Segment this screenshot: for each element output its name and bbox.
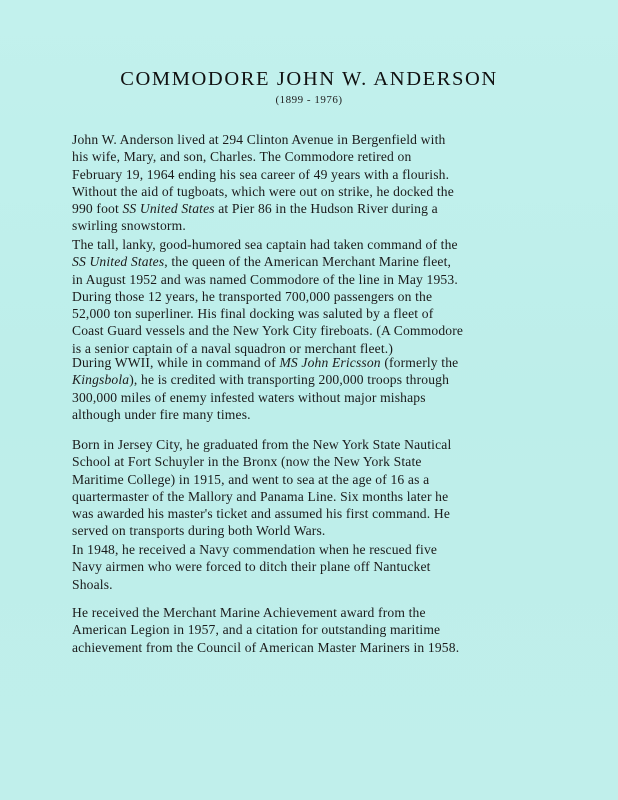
text-run: although under fire many times. [72, 407, 251, 422]
text-run: 300,000 miles of enemy infested waters w… [72, 390, 426, 405]
text-run: Maritime College) in 1915, and went to s… [72, 472, 429, 487]
text-run: in August 1952 and was named Commodore o… [72, 272, 458, 287]
text-run: American Legion in 1957, and a citation … [72, 622, 440, 637]
document-page: COMMODORE JOHN W. ANDERSON (1899 - 1976)… [0, 0, 618, 800]
text-line: In 1948, he received a Navy commendation… [72, 541, 562, 558]
text-line: John W. Anderson lived at 294 Clinton Av… [72, 131, 562, 148]
text-run: at Pier 86 in the Hudson River during a [215, 201, 438, 216]
paragraph-residence-retirement: John W. Anderson lived at 294 Clinton Av… [72, 131, 562, 235]
text-line: 52,000 ton superliner. His final docking… [72, 305, 562, 322]
text-line: The tall, lanky, good-humored sea captai… [72, 236, 562, 253]
text-run: In 1948, he received a Navy commendation… [72, 542, 437, 557]
text-line: swirling snowstorm. [72, 217, 562, 234]
text-line: During those 12 years, he transported 70… [72, 288, 562, 305]
text-run: He received the Merchant Marine Achievem… [72, 605, 426, 620]
text-run: The tall, lanky, good-humored sea captai… [72, 237, 458, 252]
italic-ship-name: SS United States [72, 254, 164, 269]
text-line: During WWII, while in command of MS John… [72, 354, 562, 371]
text-run: , the queen of the American Merchant Mar… [164, 254, 451, 269]
text-run: swirling snowstorm. [72, 218, 186, 233]
text-line: served on transports during both World W… [72, 522, 562, 539]
paragraph-ss-united-states-command: The tall, lanky, good-humored sea captai… [72, 236, 562, 357]
text-line: his wife, Mary, and son, Charles. The Co… [72, 148, 562, 165]
text-run: School at Fort Schuyler in the Bronx (no… [72, 454, 422, 469]
text-line: 990 foot SS United States at Pier 86 in … [72, 200, 562, 217]
text-run: Navy airmen who were forced to ditch the… [72, 559, 431, 574]
text-line: Without the aid of tugboats, which were … [72, 183, 562, 200]
text-run: John W. Anderson lived at 294 Clinton Av… [72, 132, 445, 147]
text-run: Without the aid of tugboats, which were … [72, 184, 454, 199]
text-run: 990 foot [72, 201, 122, 216]
text-line: SS United States, the queen of the Ameri… [72, 253, 562, 270]
paragraph-early-life-education: Born in Jersey City, he graduated from t… [72, 436, 562, 540]
text-run: achievement from the Council of American… [72, 640, 459, 655]
italic-ship-name: Kingsbola [72, 372, 129, 387]
text-run: quartermaster of the Mallory and Panama … [72, 489, 448, 504]
text-line: was awarded his master's ticket and assu… [72, 505, 562, 522]
text-run: served on transports during both World W… [72, 523, 325, 538]
text-run: During WWII, while in command of [72, 355, 279, 370]
text-line: Born in Jersey City, he graduated from t… [72, 436, 562, 453]
text-run: During those 12 years, he transported 70… [72, 289, 432, 304]
text-line: February 19, 1964 ending his sea career … [72, 166, 562, 183]
text-line: quartermaster of the Mallory and Panama … [72, 488, 562, 505]
text-line: American Legion in 1957, and a citation … [72, 621, 562, 638]
text-line: Shoals. [72, 576, 562, 593]
text-line: in August 1952 and was named Commodore o… [72, 271, 562, 288]
life-dates: (1899 - 1976) [0, 94, 618, 106]
text-run: ), he is credited with transporting 200,… [129, 372, 449, 387]
text-line: School at Fort Schuyler in the Bronx (no… [72, 453, 562, 470]
text-line: achievement from the Council of American… [72, 639, 562, 656]
text-line: 300,000 miles of enemy infested waters w… [72, 389, 562, 406]
text-run: Shoals. [72, 577, 113, 592]
italic-ship-name: MS John Ericsson [279, 355, 380, 370]
text-line: Maritime College) in 1915, and went to s… [72, 471, 562, 488]
text-line: Coast Guard vessels and the New York Cit… [72, 322, 562, 339]
paragraph-navy-commendation: In 1948, he received a Navy commendation… [72, 541, 562, 593]
paragraph-awards: He received the Merchant Marine Achievem… [72, 604, 562, 656]
text-run: 52,000 ton superliner. His final docking… [72, 306, 433, 321]
text-run: February 19, 1964 ending his sea career … [72, 167, 449, 182]
italic-ship-name: SS United States [122, 201, 214, 216]
text-line: Kingsbola), he is credited with transpor… [72, 371, 562, 388]
text-run: his wife, Mary, and son, Charles. The Co… [72, 149, 411, 164]
text-run: (formerly the [381, 355, 459, 370]
text-run: Born in Jersey City, he graduated from t… [72, 437, 451, 452]
document-title: COMMODORE JOHN W. ANDERSON [0, 68, 618, 91]
text-line: Navy airmen who were forced to ditch the… [72, 558, 562, 575]
paragraph-wwii-service: During WWII, while in command of MS John… [72, 354, 562, 423]
text-run: Coast Guard vessels and the New York Cit… [72, 323, 463, 338]
text-run: was awarded his master's ticket and assu… [72, 506, 450, 521]
text-line: He received the Merchant Marine Achievem… [72, 604, 562, 621]
text-line: although under fire many times. [72, 406, 562, 423]
